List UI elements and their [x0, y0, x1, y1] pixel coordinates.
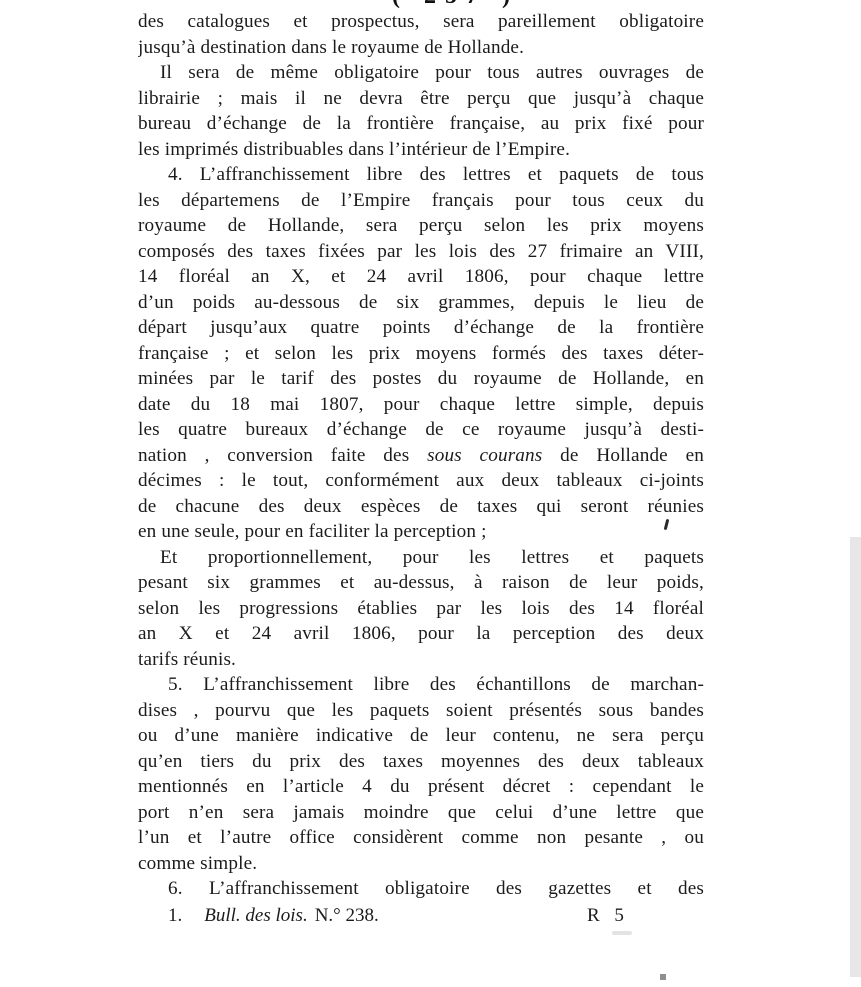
- paragraph: Il sera de même obligatoire pour tous au…: [138, 60, 704, 162]
- text-line: jusqu’à destination dans le royaume de H…: [138, 35, 704, 61]
- paragraph: 5. L’affranchissement libre des échantil…: [138, 672, 704, 876]
- footnote-number: 1.: [168, 905, 182, 926]
- paragraph: 4. L’affranchissement libre des lettres …: [138, 162, 704, 545]
- text-line: décimes : le tout, conformément aux deux…: [138, 468, 704, 494]
- text-line: Il sera de même obligatoire pour tous au…: [138, 60, 704, 86]
- text-line: dises , pourvu que les paquets soient pr…: [138, 698, 704, 724]
- text-line: selon les progressions établies par les …: [138, 596, 704, 622]
- text-line: nation , conversion faite des sous coura…: [138, 443, 704, 469]
- text-line: port n’en sera jamais moindre que celui …: [138, 800, 704, 826]
- signature-mark: R 5: [587, 903, 624, 928]
- text-line: date du 18 mai 1807, pour chaque lettre …: [138, 392, 704, 418]
- paragraph: des catalogues et prospectus, sera parei…: [138, 9, 704, 60]
- text-line: française ; et selon les prix moyens for…: [138, 341, 704, 367]
- text-line: qu’en tiers du prix des taxes moyennes d…: [138, 749, 704, 775]
- text-line: composés des taxes fixées par les lois d…: [138, 239, 704, 265]
- ink-speck: [660, 974, 666, 980]
- text-line: Et proportionnellement, pour les lettres…: [138, 545, 704, 571]
- paragraph: Et proportionnellement, pour les lettres…: [138, 545, 704, 673]
- italic-phrase: sous courans: [427, 445, 542, 466]
- footnote-reference: N.° 238.: [315, 905, 379, 926]
- text-line: l’un et l’autre office considèrent comme…: [138, 825, 704, 851]
- text-line: départ jusqu’aux quatre points d’échange…: [138, 315, 704, 341]
- text-run: nation , conversion faite des: [138, 445, 427, 466]
- text-line: d’un poids au-dessous de six grammes, de…: [138, 290, 704, 316]
- text-line: librairie ; mais il ne devra être perçu …: [138, 86, 704, 112]
- text-line: mentionnés en l’article 4 du présent déc…: [138, 774, 704, 800]
- text-line: comme simple.: [138, 851, 704, 877]
- text-line: de chacune des deux espèces de taxes qui…: [138, 494, 704, 520]
- text-line: minées par le tarif des postes du royaum…: [138, 366, 704, 392]
- text-line: tarifs réunis.: [138, 647, 704, 673]
- text-line: royaume de Hollande, sera perçu selon le…: [138, 213, 704, 239]
- text-line: des catalogues et prospectus, sera parei…: [138, 9, 704, 35]
- text-line: pesant six grammes et au-dessus, à raiso…: [138, 570, 704, 596]
- text-line: 5. L’affranchissement libre des échantil…: [138, 672, 704, 698]
- text-line: 4. L’affranchissement libre des lettres …: [138, 162, 704, 188]
- text-line: les quatre bureaux d’échange de ce royau…: [138, 417, 704, 443]
- text-line: 6. L’affranchissement obligatoire des ga…: [138, 876, 704, 902]
- text-line: les imprimés distribuables dans l’intéri…: [138, 137, 704, 163]
- text-run: de Hollande en: [542, 445, 704, 466]
- text-line: en une seule, pour en faciliter la perce…: [138, 519, 704, 545]
- document-body: des catalogues et prospectus, sera parei…: [138, 9, 704, 902]
- footnote-line: 1.Bull. des lois.N.° 238. R 5: [138, 903, 704, 928]
- paragraph: 6. L’affranchissement obligatoire des ga…: [138, 876, 704, 902]
- footnote-title: Bull. des lois.: [204, 905, 307, 926]
- scanned-page: ( 257 ) des catalogues et prospectus, se…: [0, 0, 861, 987]
- text-line: bureau d’échange de la frontière françai…: [138, 111, 704, 137]
- text-line: ou d’une manière indicative de leur cont…: [138, 723, 704, 749]
- text-line: an X et 24 avril 1806, pour la perceptio…: [138, 621, 704, 647]
- scan-smudge: [612, 931, 632, 935]
- text-line: les départemens de l’Empire français pou…: [138, 188, 704, 214]
- scan-edge-strip: [850, 537, 861, 977]
- text-line: 14 floréal an X, et 24 avril 1806, pour …: [138, 264, 704, 290]
